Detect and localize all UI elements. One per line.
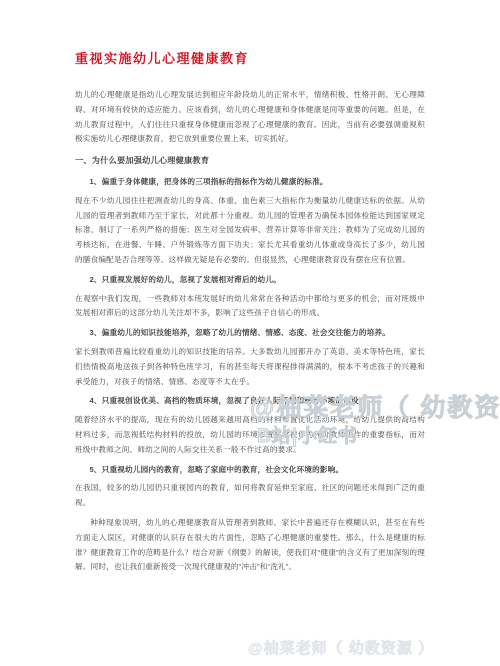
point-2-heading: 2、只重视发展好的幼儿，忽视了发展相对滞后的幼儿。 — [75, 273, 425, 288]
point-5-paragraph: 在我国，较多的幼儿园仍只重视园内的教育，如何将教育延伸至家庭、社区的问题还未得到… — [75, 481, 425, 511]
document-page: 重视实施幼儿心理健康教育 幼儿的心理健康是指幼儿心理发展达到相应年龄段幼儿的正常… — [0, 0, 500, 666]
point-5-heading: 5、只重视幼儿园内的教育，忽略了家庭中的教育，社会文化环境的影响。 — [75, 463, 425, 478]
point-2-paragraph: 在观察中我们发现，一些教师对本班发展好的幼儿常常在各种活动中都给与更多的机会，而… — [75, 292, 425, 322]
point-1-heading: 1、偏重于身体健康，把身体的三项指标的指标作为幼儿健康的标准。 — [75, 175, 425, 190]
watermark-bottom-text: @柚菜老师（ 幼教资源 ） — [248, 637, 434, 658]
point-3-heading: 3、偏重幼儿的知识技能培养，忽略了幼儿的情绪、情感、态度、社会交往能力的培养。 — [75, 326, 425, 341]
document-title: 重视实施幼儿心理健康教育 — [75, 48, 425, 67]
point-4-paragraph: 随着经济水平的提高，现在有的幼儿园越来越用高档的材料布置优化活动环境，给幼儿提供… — [75, 413, 425, 457]
article-body: 重视实施幼儿心理健康教育 幼儿的心理健康是指幼儿心理发展达到相应年龄段幼儿的正常… — [75, 48, 425, 580]
point-4-heading: 4、只重视创设优美、高档的物质环境，忽视了良好人际环境和精神环境的创设。 — [75, 394, 425, 409]
intro-paragraph: 幼儿的心理健康是指幼儿心理发展达到相应年龄段幼儿的正常水平，情绪积极、性格开朗、… — [75, 88, 425, 147]
section-heading: 一、为什么要加强幼儿心理健康教育 — [75, 154, 425, 169]
point-3-paragraph: 家长到教师普遍比较看重幼儿的知识技能的培养。大多数幼儿园都开办了英语、美术等特色… — [75, 345, 425, 389]
closing-paragraph: 种种现象说明，幼儿的心理健康教育从管理者到教师、家长中普遍还存在模糊认识，甚至在… — [75, 516, 425, 575]
point-1-paragraph: 现在不少幼儿园往往把测查幼儿的身高、体重、血色素三大指标作为衡量幼儿健康达标的依… — [75, 194, 425, 268]
